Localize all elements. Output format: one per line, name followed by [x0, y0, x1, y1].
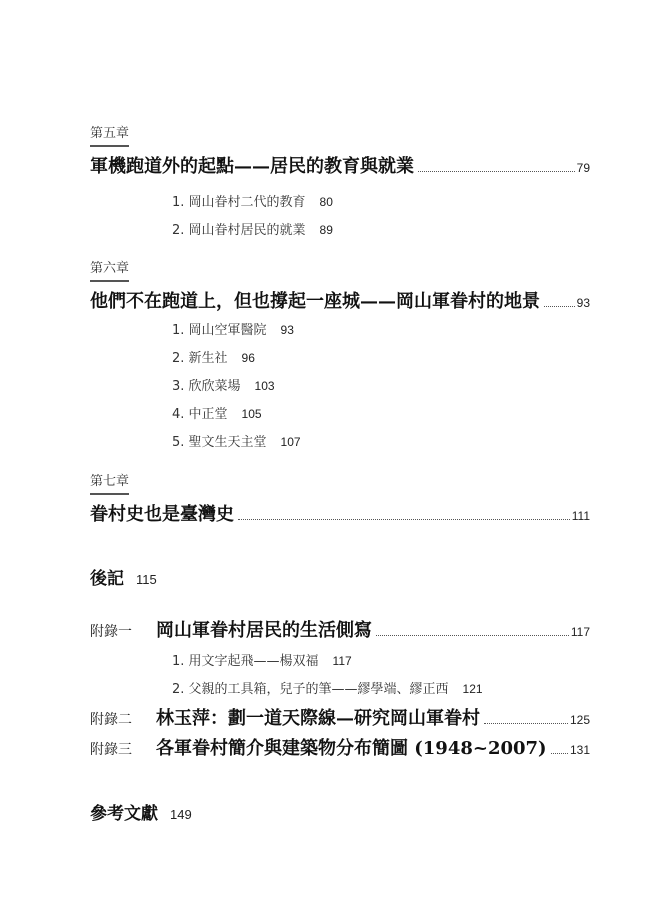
dot-leader	[238, 518, 570, 520]
page-number: 105	[242, 407, 262, 421]
references-title: 參考文獻	[90, 804, 158, 824]
appendix-3-entry[interactable]: 附錄三 各軍眷村簡介與建築物分布簡圖 (1948~2007) 131	[90, 734, 590, 760]
section-item[interactable]: 2. 岡山眷村居民的就業89	[172, 219, 333, 238]
dot-leader	[551, 752, 568, 754]
chapter-6-entry[interactable]: 他們不在跑道上，但也撐起一座城——岡山軍眷村的地景 93	[90, 287, 590, 313]
appendix-title: 岡山軍眷村居民的生活側寫	[156, 616, 372, 642]
afterword-entry[interactable]: 後記115	[90, 564, 157, 589]
page-number: 121	[463, 682, 483, 696]
page-number: 96	[242, 351, 255, 365]
appendix-1-entry[interactable]: 附錄一 岡山軍眷村居民的生活側寫 117	[90, 616, 590, 642]
section-title: 2. 新生社	[172, 351, 228, 366]
page-number: 115	[136, 572, 157, 587]
page-number: 125	[570, 713, 590, 727]
section-item[interactable]: 1. 岡山眷村二代的教育80	[172, 191, 333, 210]
appendix-title: 林玉萍：劃一道天際線—研究岡山軍眷村	[156, 704, 480, 730]
page-number: 149	[170, 807, 192, 822]
appendix-2-entry[interactable]: 附錄二 林玉萍：劃一道天際線—研究岡山軍眷村 125	[90, 704, 590, 730]
table-of-contents-page: 第五章 軍機跑道外的起點——居民的教育與就業 79 1. 岡山眷村二代的教育80…	[0, 0, 663, 904]
page-number: 93	[577, 296, 590, 310]
section-title: 4. 中正堂	[172, 407, 228, 422]
section-title: 1. 岡山空軍醫院	[172, 323, 267, 338]
section-title: 2. 岡山眷村居民的就業	[172, 223, 306, 238]
chapter-title: 軍機跑道外的起點——居民的教育與就業	[90, 152, 414, 178]
section-item[interactable]: 1. 岡山空軍醫院93	[172, 319, 294, 338]
page-number: 107	[281, 435, 301, 449]
section-item[interactable]: 1. 用文字起飛——楊双福117	[172, 650, 352, 669]
section-item[interactable]: 2. 父親的工具箱，兒子的筆——繆學端、繆正西121	[172, 678, 483, 697]
page-number: 117	[571, 625, 590, 639]
page-number: 80	[320, 195, 333, 209]
chapter-title: 眷村史也是臺灣史	[90, 500, 234, 526]
section-item[interactable]: 4. 中正堂105	[172, 403, 262, 422]
dot-leader	[376, 634, 569, 636]
chapter-5-label: 第五章	[90, 126, 129, 147]
appendix-title: 各軍眷村簡介與建築物分布簡圖 (1948~2007)	[156, 734, 547, 760]
page-number: 117	[333, 654, 352, 668]
chapter-6-label: 第六章	[90, 261, 129, 282]
page-number: 79	[577, 161, 590, 175]
chapter-7-label: 第七章	[90, 474, 129, 495]
page-number: 93	[281, 323, 294, 337]
dot-leader	[544, 305, 575, 307]
section-title: 1. 岡山眷村二代的教育	[172, 195, 306, 210]
page-number: 89	[320, 223, 333, 237]
appendix-label: 附錄二	[90, 709, 156, 729]
appendix-label: 附錄三	[90, 739, 156, 759]
section-item[interactable]: 5. 聖文生天主堂107	[172, 431, 301, 450]
chapter-7-entry[interactable]: 眷村史也是臺灣史 111	[90, 500, 590, 526]
appendix-label: 附錄一	[90, 621, 156, 641]
section-item[interactable]: 3. 欣欣菜場103	[172, 375, 275, 394]
chapter-5-entry[interactable]: 軍機跑道外的起點——居民的教育與就業 79	[90, 152, 590, 178]
section-title: 2. 父親的工具箱，兒子的筆——繆學端、繆正西	[172, 682, 449, 697]
page-number: 131	[570, 743, 590, 757]
section-title: 5. 聖文生天主堂	[172, 435, 267, 450]
chapter-title: 他們不在跑道上，但也撐起一座城——岡山軍眷村的地景	[90, 287, 540, 313]
page-number: 103	[255, 379, 275, 393]
section-title: 3. 欣欣菜場	[172, 379, 241, 394]
references-entry[interactable]: 參考文獻149	[90, 799, 192, 824]
dot-leader	[418, 170, 575, 172]
dot-leader	[484, 722, 568, 724]
section-title: 1. 用文字起飛——楊双福	[172, 654, 319, 669]
page-number: 111	[572, 509, 590, 523]
section-item[interactable]: 2. 新生社96	[172, 347, 255, 366]
afterword-title: 後記	[90, 569, 124, 589]
